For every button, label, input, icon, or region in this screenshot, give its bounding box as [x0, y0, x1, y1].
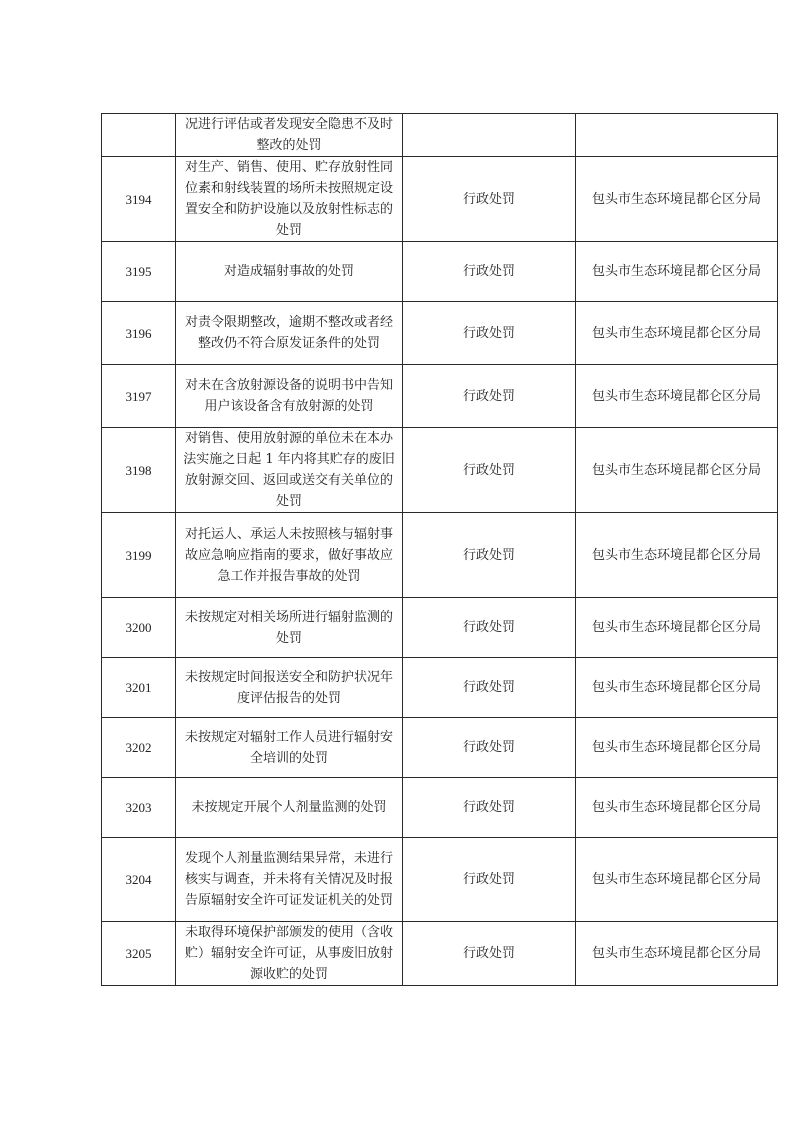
penalty-item: 未按规定时间报送安全和防护状况年度评估报告的处罚	[176, 658, 403, 718]
administrative-penalty-table: 况进行评估或者发现安全隐患不及时整改的处罚 3194 对生产、销售、使用、贮存放…	[101, 113, 778, 986]
table-row: 3198 对销售、使用放射源的单位未在本办法实施之日起 1 年内将其贮存的废旧放…	[102, 428, 778, 513]
penalty-item: 对生产、销售、使用、贮存放射性同位素和射线装置的场所未按照规定设置安全和防护设施…	[176, 157, 403, 242]
penalty-type: 行政处罚	[403, 598, 576, 658]
enforcement-department: 包头市生态环境昆都仑区分局	[576, 778, 778, 838]
penalty-type: 行政处罚	[403, 778, 576, 838]
row-number: 3205	[102, 922, 176, 986]
penalty-item: 未按规定开展个人剂量监测的处罚	[176, 778, 403, 838]
row-number: 3201	[102, 658, 176, 718]
table-row: 3202 未按规定对辐射工作人员进行辐射安全培训的处罚 行政处罚 包头市生态环境…	[102, 718, 778, 778]
enforcement-department: 包头市生态环境昆都仑区分局	[576, 513, 778, 598]
row-number: 3197	[102, 365, 176, 428]
enforcement-department: 包头市生态环境昆都仑区分局	[576, 658, 778, 718]
table-row: 3201 未按规定时间报送安全和防护状况年度评估报告的处罚 行政处罚 包头市生态…	[102, 658, 778, 718]
penalty-type: 行政处罚	[403, 513, 576, 598]
table-row: 3195 对造成辐射事故的处罚 行政处罚 包头市生态环境昆都仑区分局	[102, 242, 778, 302]
penalty-item: 对责令限期整改，逾期不整改或者经整改仍不符合原发证条件的处罚	[176, 302, 403, 365]
row-number: 3202	[102, 718, 176, 778]
enforcement-department: 包头市生态环境昆都仑区分局	[576, 428, 778, 513]
penalty-type: 行政处罚	[403, 658, 576, 718]
table-row: 3203 未按规定开展个人剂量监测的处罚 行政处罚 包头市生态环境昆都仑区分局	[102, 778, 778, 838]
penalty-type: 行政处罚	[403, 428, 576, 513]
penalty-item: 对造成辐射事故的处罚	[176, 242, 403, 302]
row-number: 3195	[102, 242, 176, 302]
table-row: 3194 对生产、销售、使用、贮存放射性同位素和射线装置的场所未按照规定设置安全…	[102, 157, 778, 242]
table-row: 3196 对责令限期整改，逾期不整改或者经整改仍不符合原发证条件的处罚 行政处罚…	[102, 302, 778, 365]
row-number: 3199	[102, 513, 176, 598]
penalty-type: 行政处罚	[403, 365, 576, 428]
penalty-type: 行政处罚	[403, 157, 576, 242]
penalty-type: 行政处罚	[403, 718, 576, 778]
enforcement-department: 包头市生态环境昆都仑区分局	[576, 242, 778, 302]
row-number: 3198	[102, 428, 176, 513]
penalty-type: 行政处罚	[403, 302, 576, 365]
table-row: 况进行评估或者发现安全隐患不及时整改的处罚	[102, 114, 778, 157]
enforcement-department: 包头市生态环境昆都仑区分局	[576, 718, 778, 778]
table-row: 3204 发现个人剂量监测结果异常，未进行核实与调查，并未将有关情况及时报告原辐…	[102, 838, 778, 922]
enforcement-department: 包头市生态环境昆都仑区分局	[576, 365, 778, 428]
row-number: 3203	[102, 778, 176, 838]
penalty-type: 行政处罚	[403, 922, 576, 986]
row-number: 3196	[102, 302, 176, 365]
enforcement-department	[576, 114, 778, 157]
enforcement-department: 包头市生态环境昆都仑区分局	[576, 922, 778, 986]
penalty-item: 未按规定对相关场所进行辐射监测的处罚	[176, 598, 403, 658]
table-row: 3199 对托运人、承运人未按照核与辐射事故应急响应指南的要求，做好事故应急工作…	[102, 513, 778, 598]
penalty-type: 行政处罚	[403, 242, 576, 302]
penalty-item: 况进行评估或者发现安全隐患不及时整改的处罚	[176, 114, 403, 157]
document-page: 况进行评估或者发现安全隐患不及时整改的处罚 3194 对生产、销售、使用、贮存放…	[0, 0, 793, 1122]
row-number	[102, 114, 176, 157]
row-number: 3204	[102, 838, 176, 922]
penalty-item: 对未在含放射源设备的说明书中告知用户该设备含有放射源的处罚	[176, 365, 403, 428]
table-row: 3200 未按规定对相关场所进行辐射监测的处罚 行政处罚 包头市生态环境昆都仑区…	[102, 598, 778, 658]
enforcement-department: 包头市生态环境昆都仑区分局	[576, 598, 778, 658]
penalty-item: 对销售、使用放射源的单位未在本办法实施之日起 1 年内将其贮存的废旧放射源交回、…	[176, 428, 403, 513]
enforcement-department: 包头市生态环境昆都仑区分局	[576, 838, 778, 922]
table-row: 3205 未取得环境保护部颁发的使用（含收贮）辐射安全许可证，从事废旧放射源收贮…	[102, 922, 778, 986]
row-number: 3200	[102, 598, 176, 658]
penalty-item: 发现个人剂量监测结果异常，未进行核实与调查，并未将有关情况及时报告原辐射安全许可…	[176, 838, 403, 922]
penalty-type: 行政处罚	[403, 838, 576, 922]
penalty-item: 对托运人、承运人未按照核与辐射事故应急响应指南的要求，做好事故应急工作并报告事故…	[176, 513, 403, 598]
penalty-item: 未取得环境保护部颁发的使用（含收贮）辐射安全许可证，从事废旧放射源收贮的处罚	[176, 922, 403, 986]
penalty-type	[403, 114, 576, 157]
enforcement-department: 包头市生态环境昆都仑区分局	[576, 157, 778, 242]
row-number: 3194	[102, 157, 176, 242]
penalty-item: 未按规定对辐射工作人员进行辐射安全培训的处罚	[176, 718, 403, 778]
table-row: 3197 对未在含放射源设备的说明书中告知用户该设备含有放射源的处罚 行政处罚 …	[102, 365, 778, 428]
enforcement-department: 包头市生态环境昆都仑区分局	[576, 302, 778, 365]
